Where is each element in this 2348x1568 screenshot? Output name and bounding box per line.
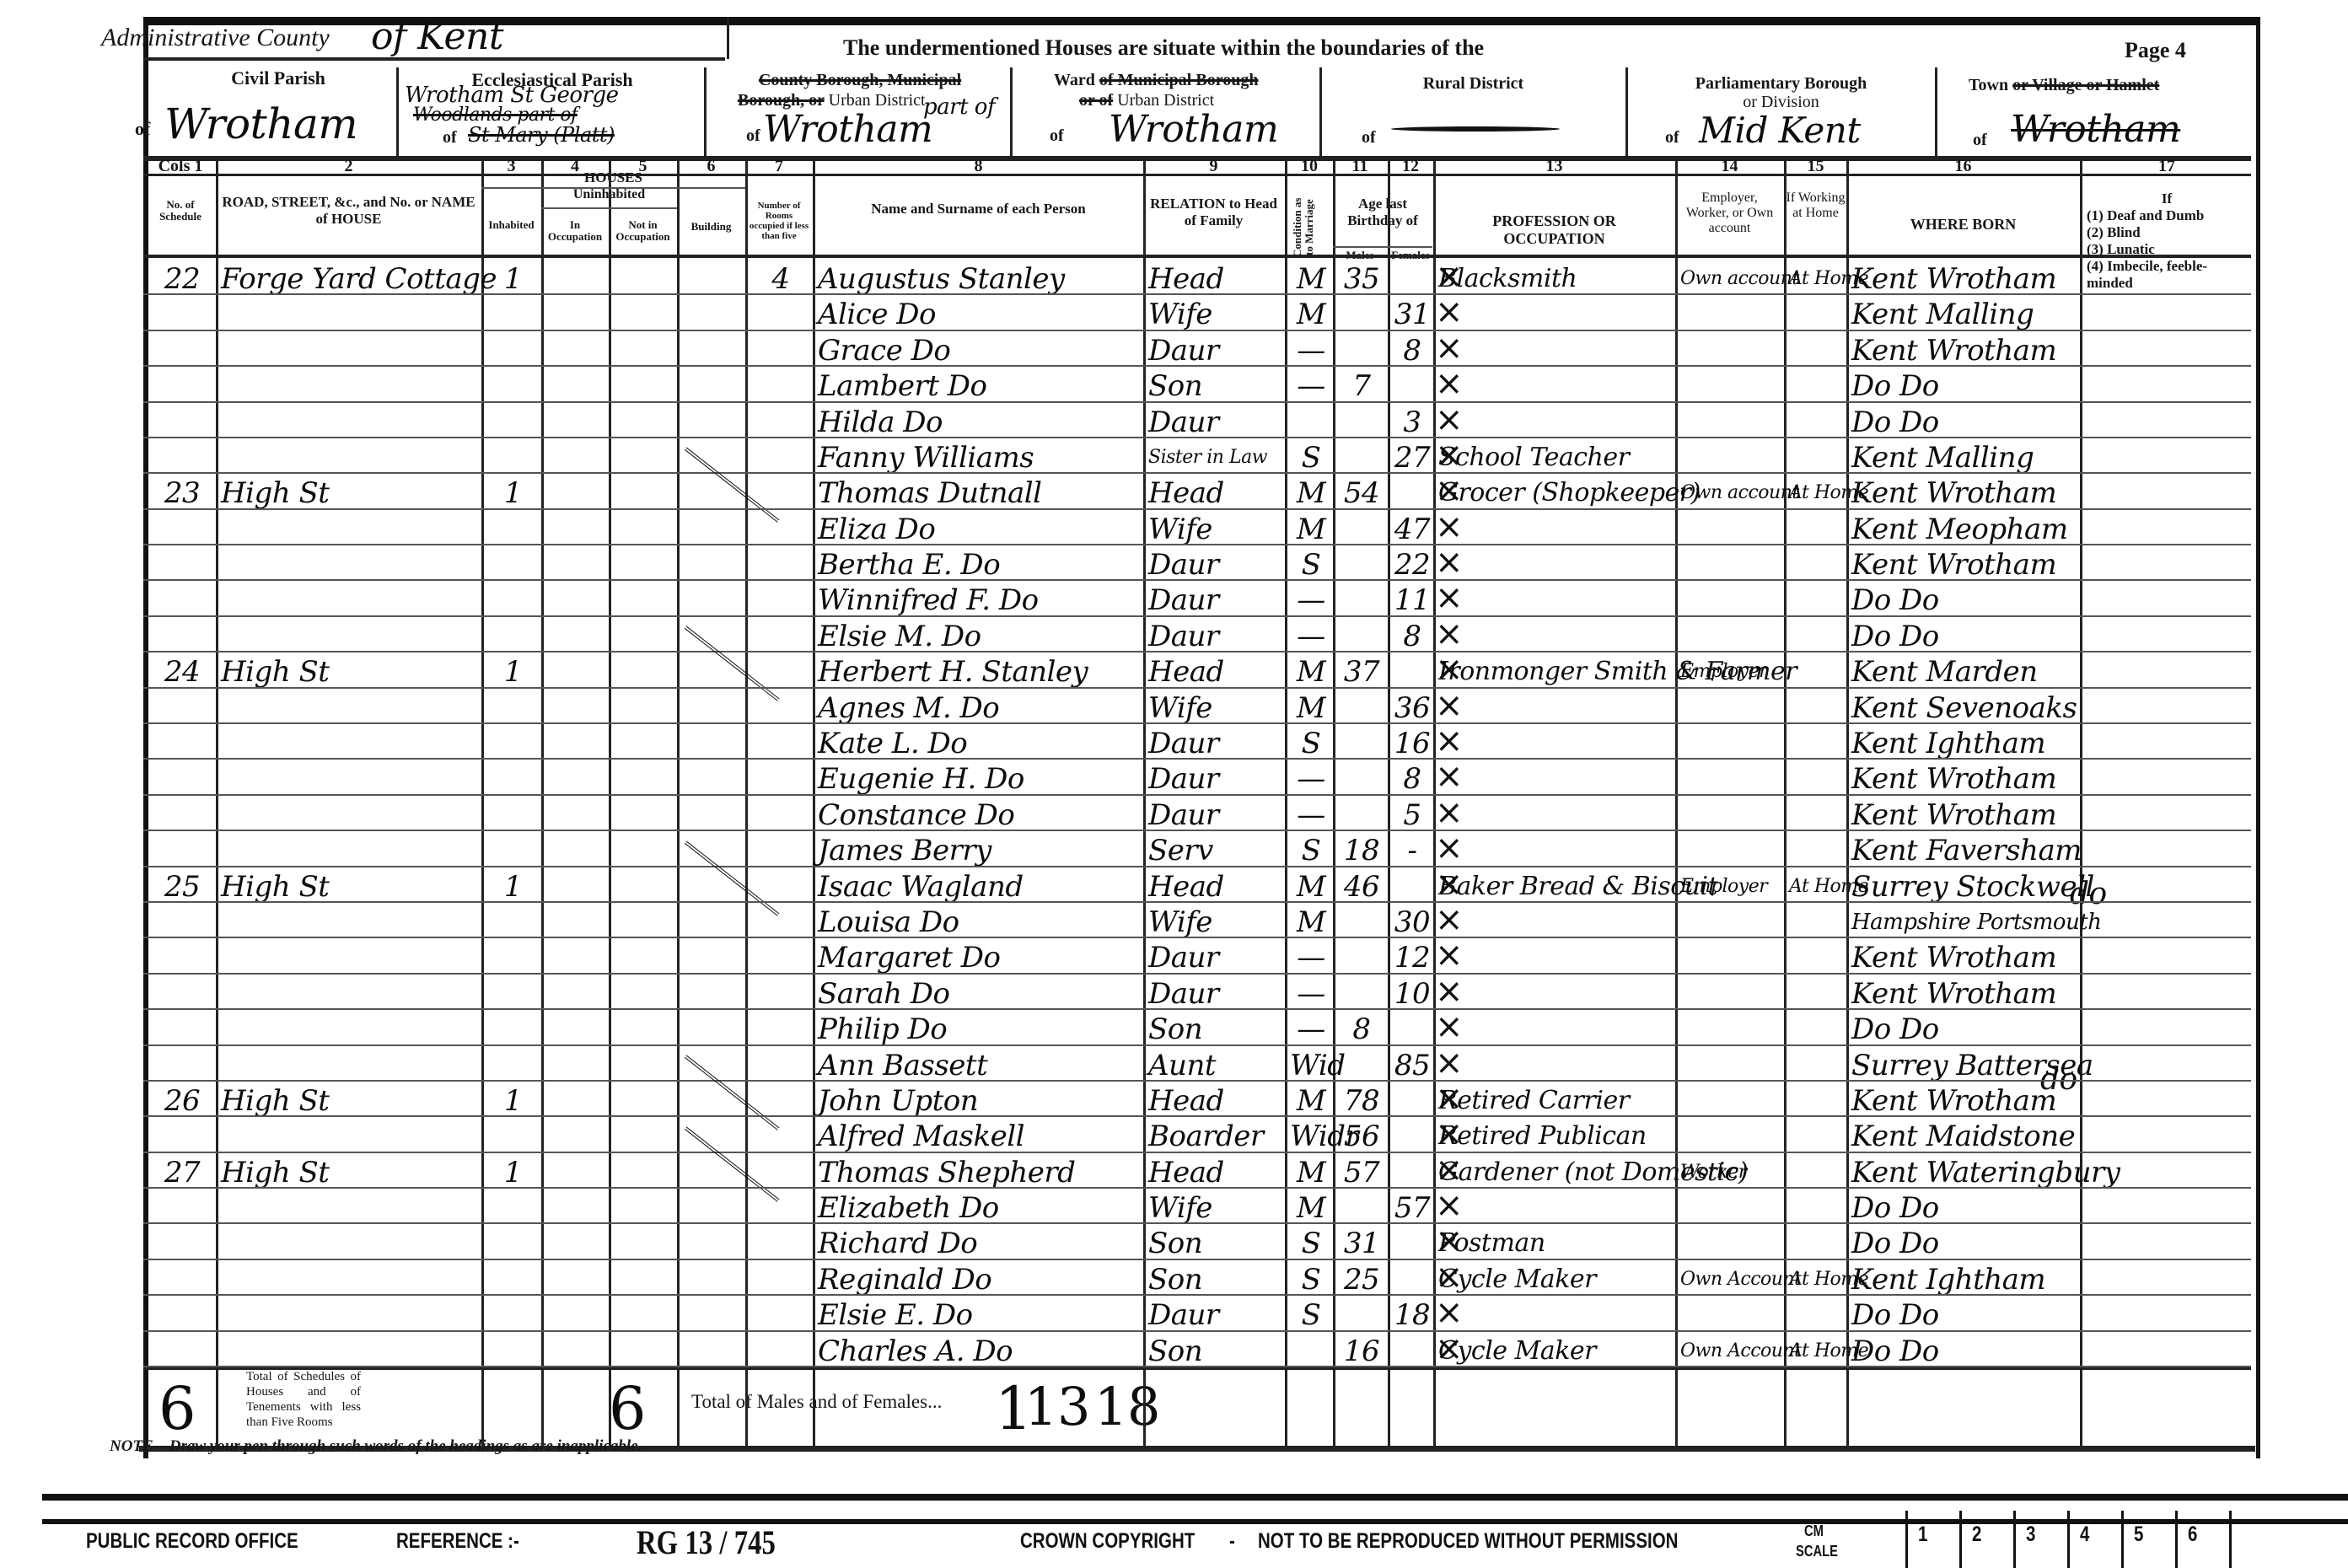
cell-condition: M [1290, 866, 1332, 901]
cell-male-age [1338, 579, 1385, 615]
cell-condition: Wid [1290, 1044, 1332, 1080]
column-number: 3 [481, 157, 541, 176]
cell-female-age: 3 [1393, 401, 1432, 437]
scale-number: 3 [2026, 1522, 2035, 1547]
cell-employer [1680, 508, 1782, 544]
cell-schedule [150, 1187, 214, 1222]
cell-inhabited [486, 579, 540, 615]
cell-schedule: 26 [150, 1080, 214, 1115]
scale-number: 4 [2080, 1522, 2089, 1547]
cell-name: Fanny Williams [818, 437, 1142, 472]
table-row: Bertha E. DoDaurS22Kent Wrotham× [0, 544, 2348, 579]
page-label: Page 4 [2125, 38, 2186, 63]
cell-born: Kent Wrotham [1851, 758, 2078, 793]
cell-employer [1680, 937, 1782, 972]
cell-inhabited [486, 687, 540, 722]
admin-county-label: Administrative County [101, 24, 330, 52]
cell-employer: Own account [1680, 472, 1782, 507]
cell-female-age: 8 [1393, 330, 1432, 365]
admin-county-value: of Kent [371, 15, 503, 58]
urban-district-annotation: part of [923, 94, 995, 120]
cell-condition: M [1290, 472, 1332, 507]
cell-condition: Widr [1290, 1115, 1332, 1151]
checkmark-icon: × [1435, 867, 1464, 901]
cell-inhabited [486, 901, 540, 937]
cell-condition: M [1290, 687, 1332, 722]
cell-at-home [1789, 615, 1846, 651]
cell-road [221, 830, 480, 865]
cell-occupation: Ironmonger Smith & Farmer [1438, 651, 1674, 686]
cell-schedule [150, 722, 214, 758]
column-number: 15 [1784, 157, 1847, 176]
cell-occupation: Postman [1438, 1222, 1674, 1258]
cell-name: Louisa Do [818, 901, 1142, 937]
urban-district-of: of [746, 126, 760, 146]
cell-name: Elizabeth Do [818, 1187, 1142, 1222]
cell-born: Surrey Battersea [1851, 1044, 2078, 1080]
total-males: 13 [1024, 1376, 1090, 1437]
cell-employer [1680, 830, 1782, 865]
cell-rooms [750, 651, 811, 686]
cell-inhabited [486, 615, 540, 651]
table-row: Alice DoWifeM31Kent Malling× [0, 293, 2348, 329]
cell-occupation: Retired Publican [1438, 1115, 1674, 1151]
cell-condition: M [1290, 258, 1332, 293]
cell-at-home [1789, 1115, 1846, 1151]
column-number: 17 [2080, 157, 2254, 176]
cell-rooms [750, 579, 811, 615]
cell-occupation [1438, 401, 1674, 437]
cell-occupation: Retired Carrier [1438, 1080, 1674, 1115]
cell-inhabited [486, 794, 540, 830]
cell-rooms [750, 901, 811, 937]
cell-rooms [750, 687, 811, 722]
cell-road [221, 1008, 480, 1044]
cell-born: Do Do [1851, 1008, 2078, 1044]
cell-schedule: 22 [150, 258, 214, 293]
scale-tick [2013, 1511, 2016, 1568]
cell-at-home: At Home [1789, 258, 1846, 293]
cell-road [221, 1294, 480, 1329]
header-subrule [541, 207, 677, 209]
cell-born: Do Do [1851, 365, 2078, 400]
cell-at-home [1789, 830, 1846, 865]
parliamentary-of: of [1665, 128, 1679, 148]
cell-rooms [750, 866, 811, 901]
page-label-text: Page [2125, 38, 2169, 62]
scale-tick [2175, 1511, 2178, 1568]
cell-at-home [1789, 901, 1846, 937]
cell-inhabited [486, 1044, 540, 1080]
cell-female-age [1393, 1115, 1432, 1151]
cell-female-age [1393, 1222, 1432, 1258]
cell-rooms [750, 330, 811, 365]
cell-road [221, 1187, 480, 1222]
cell-at-home [1789, 687, 1846, 722]
col-in-occupation-header: In Occupation [543, 219, 607, 243]
urban-district-value: Wrotham [763, 108, 932, 151]
cell-employer [1680, 1044, 1782, 1080]
cell-at-home [1789, 1294, 1846, 1329]
table-row: Elsie E. DoDaurS18Do Do× [0, 1294, 2348, 1329]
cell-rooms [750, 1152, 811, 1187]
cell-condition: — [1290, 758, 1332, 793]
cell-rooms [750, 437, 811, 472]
checkmark-icon: × [1435, 1153, 1464, 1187]
boundaries-text: The undermentioned Houses are situate wi… [843, 35, 1484, 61]
cell-born: Kent Marden [1851, 651, 2078, 686]
cell-condition: M [1290, 1152, 1332, 1187]
cell-inhabited: 1 [486, 866, 540, 901]
cell-at-home [1789, 1008, 1846, 1044]
cell-rooms [750, 472, 811, 507]
cell-schedule: 23 [150, 472, 214, 507]
scale-tick [1905, 1511, 1908, 1568]
cell-inhabited [486, 508, 540, 544]
civil-parish-label: Civil Parish [160, 67, 396, 89]
cell-name: Kate L. Do [818, 722, 1142, 758]
cell-condition: — [1290, 794, 1332, 830]
cell-inhabited [486, 1008, 540, 1044]
cell-occupation: Grocer (Shopkeeper) [1438, 472, 1674, 507]
column-number: 2 [216, 157, 481, 176]
column-number: 8 [813, 157, 1144, 176]
cell-female-age [1393, 365, 1432, 400]
cell-at-home [1789, 579, 1846, 615]
cell-male-age [1338, 508, 1385, 544]
cell-road [221, 1044, 480, 1080]
cell-road: High St [221, 866, 480, 901]
cell-rooms [750, 1330, 811, 1366]
cell-relation: Son [1148, 1008, 1282, 1044]
total-females: 18 [1094, 1376, 1160, 1437]
cell-road [221, 579, 480, 615]
cell-relation: Head [1148, 472, 1282, 507]
checkmark-icon: × [1435, 1260, 1464, 1294]
cell-at-home [1789, 1187, 1846, 1222]
cell-condition [1290, 1330, 1332, 1366]
cell-rooms [750, 794, 811, 830]
checkmark-icon: × [1435, 331, 1464, 365]
cell-male-age: 35 [1338, 258, 1385, 293]
cell-occupation: Cycle Maker [1438, 1330, 1674, 1366]
cell-male-age [1338, 437, 1385, 472]
table-row: Elsie M. DoDaur—8Do Do× [0, 615, 2348, 651]
cell-employer [1680, 330, 1782, 365]
infirmity-1: (1) Deaf and Dumb [2087, 207, 2247, 224]
cell-at-home [1789, 651, 1846, 686]
checkmark-icon: × [1435, 975, 1464, 1008]
cell-road [221, 973, 480, 1008]
cell-condition: — [1290, 937, 1332, 972]
checkmark-icon: × [1435, 545, 1464, 579]
cell-road [221, 365, 480, 400]
cell-road [221, 1330, 480, 1366]
cell-road [221, 293, 480, 329]
cell-name: Lambert Do [818, 365, 1142, 400]
cell-inhabited [486, 973, 540, 1008]
column-number: 12 [1388, 157, 1433, 176]
table-row: 26High St1John UptonHeadM78Retired Carri… [0, 1080, 2348, 1115]
table-row: Richard DoSonS31PostmanDo Do× [0, 1222, 2348, 1258]
cell-born: Kent Faversham [1851, 830, 2078, 865]
cell-name: Charles A. Do [818, 1330, 1142, 1366]
cell-female-age: 10 [1393, 973, 1432, 1008]
column-number: 4 [541, 157, 609, 176]
cell-employer: Own account [1680, 258, 1782, 293]
cell-born: Kent Wrotham [1851, 258, 2078, 293]
cell-condition: M [1290, 293, 1332, 329]
col-road-header: ROAD, STREET, &c., and No. or NAME of HO… [221, 194, 476, 228]
cell-female-age: 57 [1393, 1187, 1432, 1222]
cell-male-age [1338, 1044, 1385, 1080]
cell-rooms: 4 [750, 258, 811, 293]
cell-relation: Wife [1148, 687, 1282, 722]
civil-parish-value: Wrotham [164, 99, 357, 148]
cell-name: Elsie M. Do [818, 615, 1142, 651]
cell-road [221, 437, 480, 472]
col-employer-header: Employer, Worker, or Own account [1679, 191, 1781, 236]
cell-road [221, 794, 480, 830]
cell-inhabited: 1 [486, 472, 540, 507]
ward-label-2: Urban District [1117, 91, 1214, 110]
checkmark-icon: × [1435, 903, 1464, 937]
column-number: 16 [1846, 157, 2080, 176]
cell-name: Elsie E. Do [818, 1294, 1142, 1329]
cell-employer [1680, 579, 1782, 615]
cell-road [221, 758, 480, 793]
col-condition-header: Condition as to Marriage [1292, 194, 1329, 261]
table-row: Hilda DoDaur3Do Do× [0, 401, 2348, 437]
cell-rooms [750, 615, 811, 651]
table-row: 25High St1Isaac WaglandHeadM46Baker Brea… [0, 866, 2348, 901]
cell-at-home [1789, 330, 1846, 365]
scale-number: 2 [1972, 1522, 1981, 1547]
scale-tick [2121, 1511, 2124, 1568]
cell-female-age [1393, 472, 1432, 507]
cell-schedule: 27 [150, 1152, 214, 1187]
cell-female-age [1393, 258, 1432, 293]
column-number: 9 [1143, 157, 1284, 176]
parliamentary-label: Parliamentary Borough [1627, 74, 1935, 94]
cell-employer [1680, 687, 1782, 722]
cell-female-age: 31 [1393, 293, 1432, 329]
cell-born: Do Do [1851, 615, 2078, 651]
cell-born: Do Do [1851, 1222, 2078, 1258]
cell-name: Hilda Do [818, 401, 1142, 437]
cell-born: Kent Ightham [1851, 722, 2078, 758]
cell-schedule [150, 758, 214, 793]
cell-inhabited [486, 1294, 540, 1329]
cell-condition: S [1290, 544, 1332, 579]
cell-relation: Daur [1148, 330, 1282, 365]
cell-inhabited: 1 [486, 1152, 540, 1187]
cell-relation: Wife [1148, 1187, 1282, 1222]
cell-at-home [1789, 401, 1846, 437]
cell-road [221, 901, 480, 937]
checkmark-icon: × [1435, 724, 1464, 758]
cell-born: Kent Sevenoaks [1851, 687, 2078, 722]
cell-name: Eugenie H. Do [818, 758, 1142, 793]
cell-rooms [750, 1044, 811, 1080]
cell-employer [1680, 1187, 1782, 1222]
cell-female-age: 22 [1393, 544, 1432, 579]
cell-rooms [750, 401, 811, 437]
column-number: 6 [677, 157, 745, 176]
table-row: Agnes M. DoWifeM36Kent Sevenoaks× [0, 687, 2348, 722]
cell-rooms [750, 830, 811, 865]
cell-name: James Berry [818, 830, 1142, 865]
cell-employer [1680, 758, 1782, 793]
town-value: Wrotham [2011, 108, 2180, 151]
cell-male-age [1338, 615, 1385, 651]
cell-at-home [1789, 293, 1846, 329]
footer-reference: RG 13 / 745 [637, 1522, 776, 1562]
cell-inhabited [486, 758, 540, 793]
cell-employer [1680, 1008, 1782, 1044]
table-row: Grace DoDaur—8Kent Wrotham× [0, 330, 2348, 365]
cell-condition: — [1290, 615, 1332, 651]
cell-schedule [150, 973, 214, 1008]
cell-occupation [1438, 794, 1674, 830]
total-schedules: 6 [159, 1374, 196, 1443]
cell-at-home [1789, 1152, 1846, 1187]
cell-relation: Wife [1148, 901, 1282, 937]
cell-relation: Daur [1148, 794, 1282, 830]
checkmark-icon: × [1435, 1046, 1464, 1080]
table-row: Sarah DoDaur—10Kent Wrotham× [0, 973, 2348, 1008]
cell-at-home [1789, 973, 1846, 1008]
footer-scale-label-1: CM [1804, 1522, 1824, 1540]
cell-road [221, 1222, 480, 1258]
cell-rooms [750, 293, 811, 329]
table-row: James BerryServS18-Kent Faversham× [0, 830, 2348, 865]
cell-occupation [1438, 293, 1674, 329]
checkmark-icon: × [1435, 617, 1464, 651]
cell-condition: M [1290, 901, 1332, 937]
cell-male-age [1338, 722, 1385, 758]
ward-struck-label-2: or of [1079, 91, 1113, 110]
cell-employer [1680, 794, 1782, 830]
cell-condition: S [1290, 1259, 1332, 1294]
cell-schedule [150, 401, 214, 437]
cell-schedule [150, 293, 214, 329]
cell-name: Margaret Do [818, 937, 1142, 972]
cell-relation: Head [1148, 866, 1282, 901]
column-number: 10 [1285, 157, 1334, 176]
cell-road: High St [221, 1152, 480, 1187]
cell-road: Forge Yard Cottage [221, 258, 480, 293]
cell-occupation [1438, 758, 1674, 793]
cell-schedule [150, 1222, 214, 1258]
cell-schedule [150, 687, 214, 722]
cell-born: Do Do [1851, 401, 2078, 437]
cell-at-home [1789, 1222, 1846, 1258]
header-subrule [481, 187, 745, 189]
cell-occupation [1438, 722, 1674, 758]
cell-employer [1680, 1294, 1782, 1329]
table-row: Eugenie H. DoDaur—8Kent Wrotham× [0, 758, 2348, 793]
cell-rooms [750, 1080, 811, 1115]
cell-born: Do Do [1851, 1294, 2078, 1329]
checkmark-icon: × [1435, 510, 1464, 544]
cell-rooms [750, 758, 811, 793]
cell-rooms [750, 1115, 811, 1151]
cell-male-age [1338, 401, 1385, 437]
cell-name: Reginald Do [818, 1259, 1142, 1294]
cell-at-home: At Home [1789, 1259, 1846, 1294]
cell-occupation [1438, 973, 1674, 1008]
cell-employer [1680, 1115, 1782, 1151]
col-not-in-occupation-header: Not in Occupation [610, 219, 675, 243]
column-number: 7 [745, 157, 813, 176]
table-row: Margaret DoDaur—12Kent Wrotham× [0, 937, 2348, 972]
table-row: Ann BassettAuntWid85Surrey Battersea× [0, 1044, 2348, 1080]
checkmark-icon: × [1435, 1224, 1464, 1258]
total-inhabited: 6 [609, 1374, 646, 1443]
cell-employer [1680, 901, 1782, 937]
cell-rooms [750, 973, 811, 1008]
cell-condition [1290, 401, 1332, 437]
rural-district-of: of [1362, 128, 1376, 148]
cell-rooms [750, 508, 811, 544]
cell-female-age [1393, 1259, 1432, 1294]
checkmark-icon: × [1435, 403, 1464, 437]
cell-female-age: 12 [1393, 937, 1432, 972]
cell-schedule: 25 [150, 866, 214, 901]
table-row: Elizabeth DoWifeM57Do Do× [0, 1187, 2348, 1222]
cell-name: Sarah Do [818, 973, 1142, 1008]
cell-female-age [1393, 1330, 1432, 1366]
total-males-females-label: Total of Males and of Females... [691, 1391, 942, 1413]
scale-number: 5 [2134, 1522, 2143, 1547]
cell-schedule [150, 1294, 214, 1329]
cell-employer: Worker [1680, 1152, 1782, 1187]
cell-born: Surrey Stockwell [1851, 866, 2078, 901]
cell-inhabited [486, 1259, 540, 1294]
totals-label: Total of Schedules of Houses and of Tene… [246, 1369, 361, 1430]
cell-relation: Head [1148, 258, 1282, 293]
cell-name: Augustus Stanley [818, 258, 1142, 293]
cell-born: Kent Wrotham [1851, 973, 2078, 1008]
infirmity-if: If [2087, 191, 2247, 207]
cell-female-age [1393, 1008, 1432, 1044]
cell-name: Grace Do [818, 330, 1142, 365]
cell-at-home [1789, 544, 1846, 579]
checkmark-icon: × [1435, 581, 1464, 615]
cell-at-home [1789, 1044, 1846, 1080]
cell-occupation [1438, 365, 1674, 400]
urban-district-struck-label-2: Borough, or [738, 91, 825, 110]
scale-tick [2229, 1511, 2232, 1568]
cell-schedule [150, 794, 214, 830]
ecclesiastical-parish-of: of [443, 128, 457, 148]
footer-permission: NOT TO BE REPRODUCED WITHOUT PERMISSION [1258, 1529, 1678, 1554]
table-row: 23High St1Thomas DutnallHeadM54Grocer (S… [0, 472, 2348, 507]
column-number: 5 [609, 157, 677, 176]
town-struck-label: or Village or Hamlet [2012, 76, 2159, 94]
cell-male-age [1338, 794, 1385, 830]
ecclesiastical-parish-value-3: St Mary (Platt) [468, 123, 615, 147]
cell-schedule [150, 937, 214, 972]
cell-occupation [1438, 1008, 1674, 1044]
cell-relation: Son [1148, 1259, 1282, 1294]
cell-inhabited [486, 401, 540, 437]
cell-male-age [1338, 901, 1385, 937]
cell-inhabited [486, 437, 540, 472]
cell-male-age: 78 [1338, 1080, 1385, 1115]
cell-at-home [1789, 937, 1846, 972]
